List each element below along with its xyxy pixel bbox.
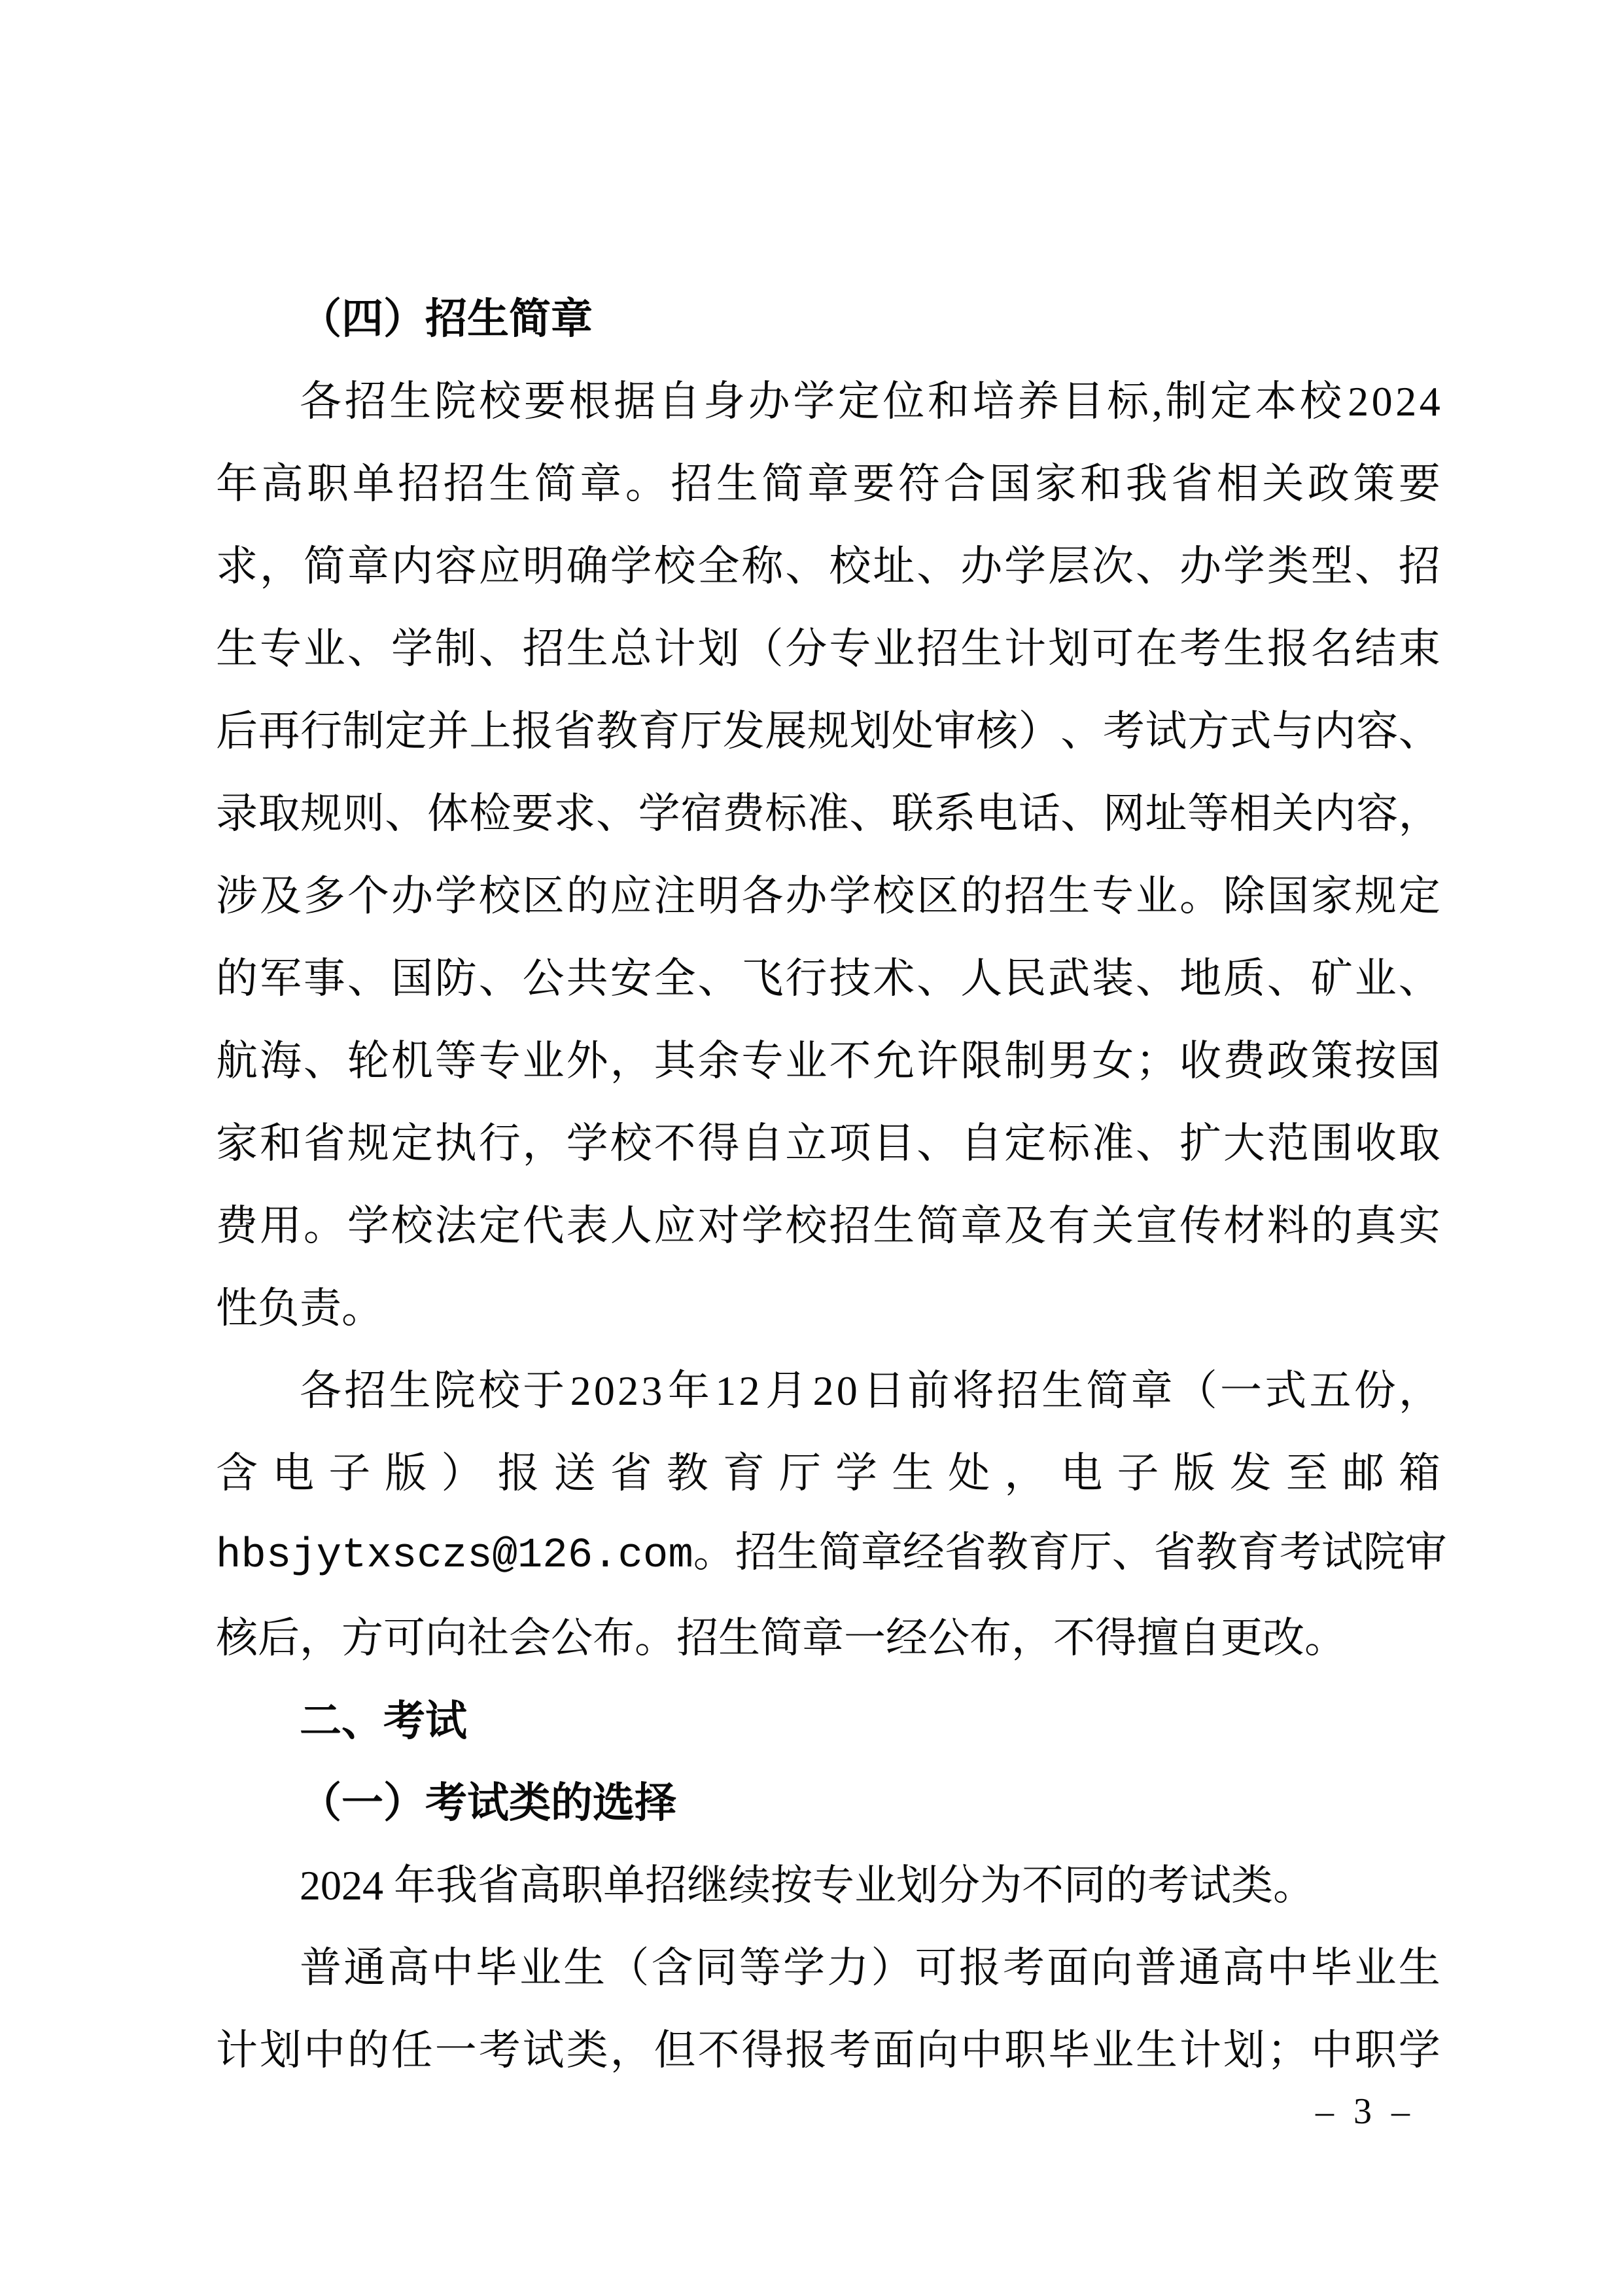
text-line: 含电子版）报送省教育厅学生处，电子版发至邮箱 [216, 1432, 1440, 1515]
text-line: 各招生院校要根据自身办学定位和培养目标,制定本校 2024 [216, 361, 1440, 443]
text-line: 涉及多个办学校区的应注明各办学校区的招生专业。除国家规定 [216, 855, 1440, 938]
text-line: 费用。学校法定代表人应对学校招生简章及有关宣传材料的真实 [216, 1185, 1440, 1267]
text-line: 求，简章内容应明确学校全称、校址、办学层次、办学类型、招 [216, 525, 1440, 608]
section-heading-4-admission-brochure: （四）招生简章 [216, 278, 1440, 361]
text-line: 生专业、学制、招生总计划（分专业招生计划可在考生报名结束 [216, 608, 1440, 690]
text-line: 的军事、国防、公共安全、飞行技术、人民武装、地质、矿业、 [216, 938, 1440, 1020]
text-line: 性负责。 [216, 1267, 1440, 1350]
text-block: （四）招生简章 各招生院校要根据自身办学定位和培养目标,制定本校 2024 年高… [216, 278, 1440, 2092]
text-line-email: hbsjytxsczs@126.com。招生简章经省教育厅、省教育考试院审 [216, 1515, 1440, 1597]
text-line: 普通高中毕业生（含同等学力）可报考面向普通高中毕业生 [216, 1927, 1440, 2009]
text-line: 录取规则、体检要求、学宿费标准、联系电话、网址等相关内容， [216, 773, 1440, 855]
text-line: 2024 年我省高职单招继续按专业划分为不同的考试类。 [216, 1845, 1440, 1927]
subsection-heading-exam-type-selection: （一）考试类的选择 [216, 1762, 1440, 1845]
text-line: 年高职单招招生简章。招生简章要符合国家和我省相关政策要 [216, 443, 1440, 525]
text-line: 家和省规定执行，学校不得自立项目、自定标准、扩大范围收取 [216, 1103, 1440, 1185]
text-line: 计划中的任一考试类，但不得报考面向中职毕业生计划；中职学 [216, 2009, 1440, 2092]
text-line: 后再行制定并上报省教育厅发展规划处审核）、考试方式与内容、 [216, 690, 1440, 773]
section-heading-exam: 二、考试 [216, 1680, 1440, 1762]
document-page: （四）招生简章 各招生院校要根据自身办学定位和培养目标,制定本校 2024 年高… [0, 0, 1623, 2296]
page-number: – 3 – [1316, 2091, 1415, 2132]
text-line: 核后，方可向社会公布。招生简章一经公布，不得擅自更改。 [216, 1597, 1440, 1680]
text-line: 航海、轮机等专业外，其余专业不允许限制男女；收费政策按国 [216, 1020, 1440, 1103]
text-line: 各招生院校于 2023 年 12 月 20 日前将招生简章（一式五份， [216, 1350, 1440, 1432]
